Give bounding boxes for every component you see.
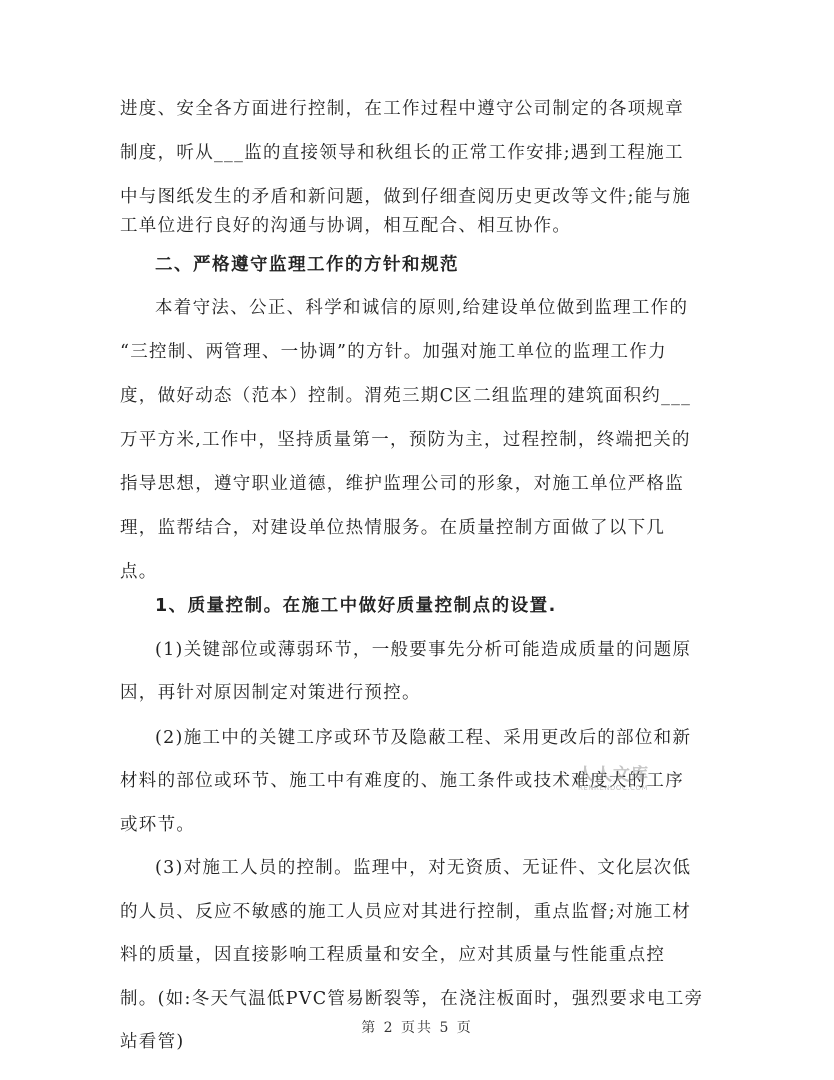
body-line-17: 材料的部位或环节、施工中有难度的、施工条件或技术难度大的工序 [120,769,720,793]
subsection-heading-1: 1、质量控制。在施工中做好质量控制点的设置. [155,594,755,618]
body-line-18: 或环节。 [120,813,720,837]
body-line-1: 进度、安全各方面进行控制，在工作过程中遵守公司制定的各项规章 [120,97,720,121]
body-line-20: 的人员、反应不敏感的施工人员应对其进行控制，重点监督;对施工材 [120,900,720,924]
page-number-footer: 第 2 页共 5 页 [0,1017,834,1037]
body-line-7: “三控制、两管理、一协调”的方针。加强对施工单位的监理工作力 [120,340,720,364]
body-line-4: 工单位进行良好的沟通与协调，相互配合、相互协作。 [120,214,720,238]
body-line-6: 本着守法、公正、科学和诚信的原则,给建设单位做到监理工作的 [155,296,755,320]
document-page: 进度、安全各方面进行控制，在工作过程中遵守公司制定的各项规章 制度，听从___监… [0,0,834,1080]
body-line-14: (1)关键部位或薄弱环节，一般要事先分析可能造成质量的问题原 [155,638,755,662]
body-line-16: (2)施工中的关键工序或环节及隐蔽工程、采用更改后的部位和新 [155,726,755,750]
body-line-2: 制度，听从___监的直接领导和秋组长的正常工作安排;遇到工程施工 [120,141,720,165]
body-line-19: (3)对施工人员的控制。监理中，对无资质、无证件、文化层次低 [155,856,755,880]
body-line-8: 度，做好动态（范本）控制。渭苑三期C区二组监理的建筑面积约___ [120,384,720,408]
body-line-3: 中与图纸发生的矛盾和新问题，做到仔细查阅历史更改等文件;能与施 [120,185,720,209]
body-line-15: 因，再针对原因制定对策进行预控。 [120,681,720,705]
body-line-21: 料的质量，因直接影响工程质量和安全，应对其质量与性能重点控 [120,943,720,967]
body-line-11: 理，监帮结合，对建设单位热情服务。在质量控制方面做了以下几 [120,516,720,540]
body-line-22: 制。(如:冬天气温低PVC管易断裂等，在浇注板面时，强烈要求电工旁 [120,987,720,1011]
body-line-12: 点。 [120,560,720,584]
section-heading-2: 二、严格遵守监理工作的方针和规范 [155,253,755,277]
body-line-9: 万平方米,工作中，坚持质量第一，预防为主，过程控制，终端把关的 [120,428,720,452]
body-line-10: 指导思想，遵守职业道德，维护监理公司的形象，对施工单位严格监 [120,472,720,496]
